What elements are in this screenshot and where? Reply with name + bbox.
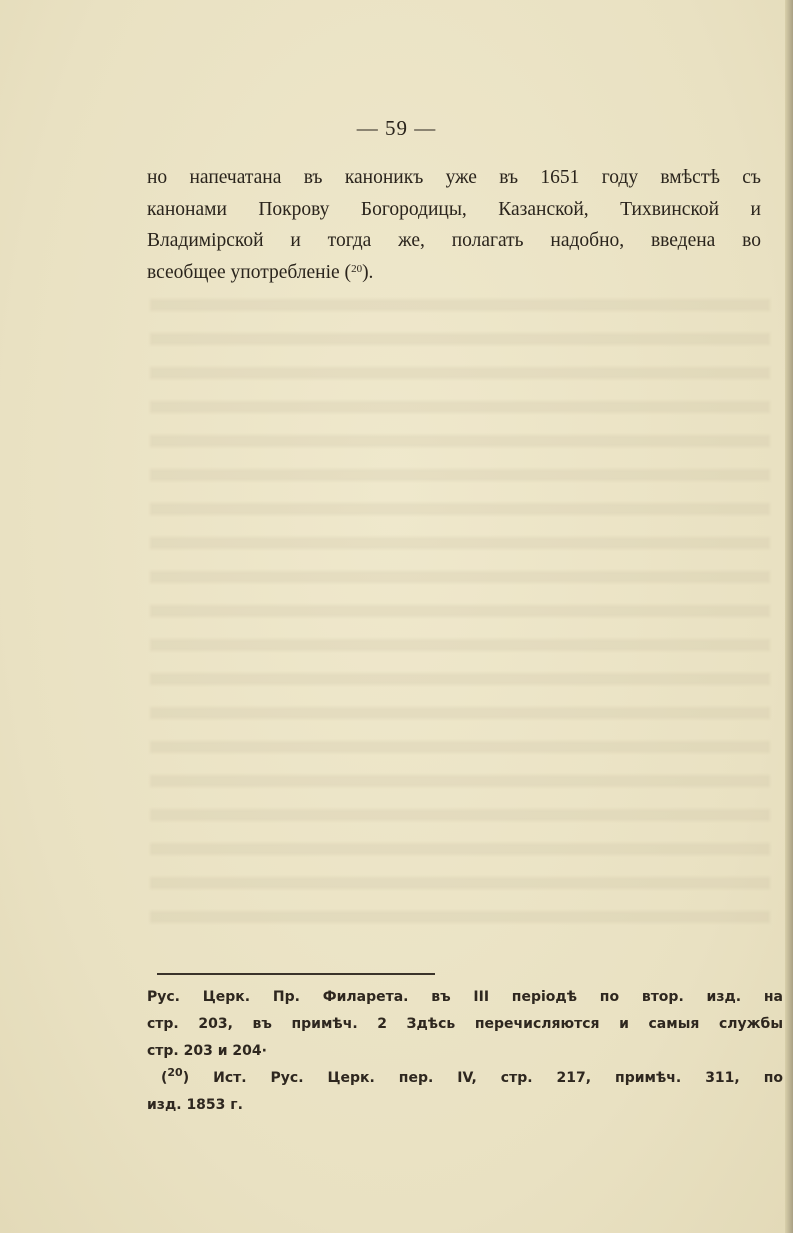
body-line: канонами Покрову Богородицы, Казанской, … <box>147 194 761 226</box>
body-line: всеобщее употребленіе (20). <box>147 257 761 289</box>
footnote-line: стр. 203 и 204· <box>147 1038 783 1065</box>
footnote-line: Рус. Церк. Пр. Филарета. въ III періодѣ … <box>147 984 783 1011</box>
bleed-through-text <box>150 285 770 945</box>
footnote-separator <box>157 973 435 975</box>
body-line: Владимірской и тогда же, полагать надобн… <box>147 225 761 257</box>
page-edge <box>785 0 793 1233</box>
footnote-reference[interactable]: 20 <box>351 263 362 275</box>
footnotes: Рус. Церк. Пр. Филарета. въ III періодѣ … <box>147 984 783 1119</box>
footnote-marker: 20 <box>167 1066 182 1079</box>
scanned-page: — 59 — но напечатана въ каноникъ уже въ … <box>0 0 785 1233</box>
body-paragraph: но напечатана въ каноникъ уже въ 1651 го… <box>147 162 761 288</box>
footnote-line: стр. 203, въ примѣч. 2 Здѣсь перечисляют… <box>147 1011 783 1038</box>
body-line: но напечатана въ каноникъ уже въ 1651 го… <box>147 162 761 194</box>
page-number: — 59 — <box>0 116 793 141</box>
footnote-line: изд. 1853 г. <box>147 1092 783 1119</box>
footnote-20: (20) Ист. Рус. Церк. пер. IV, стр. 217, … <box>147 1065 783 1092</box>
